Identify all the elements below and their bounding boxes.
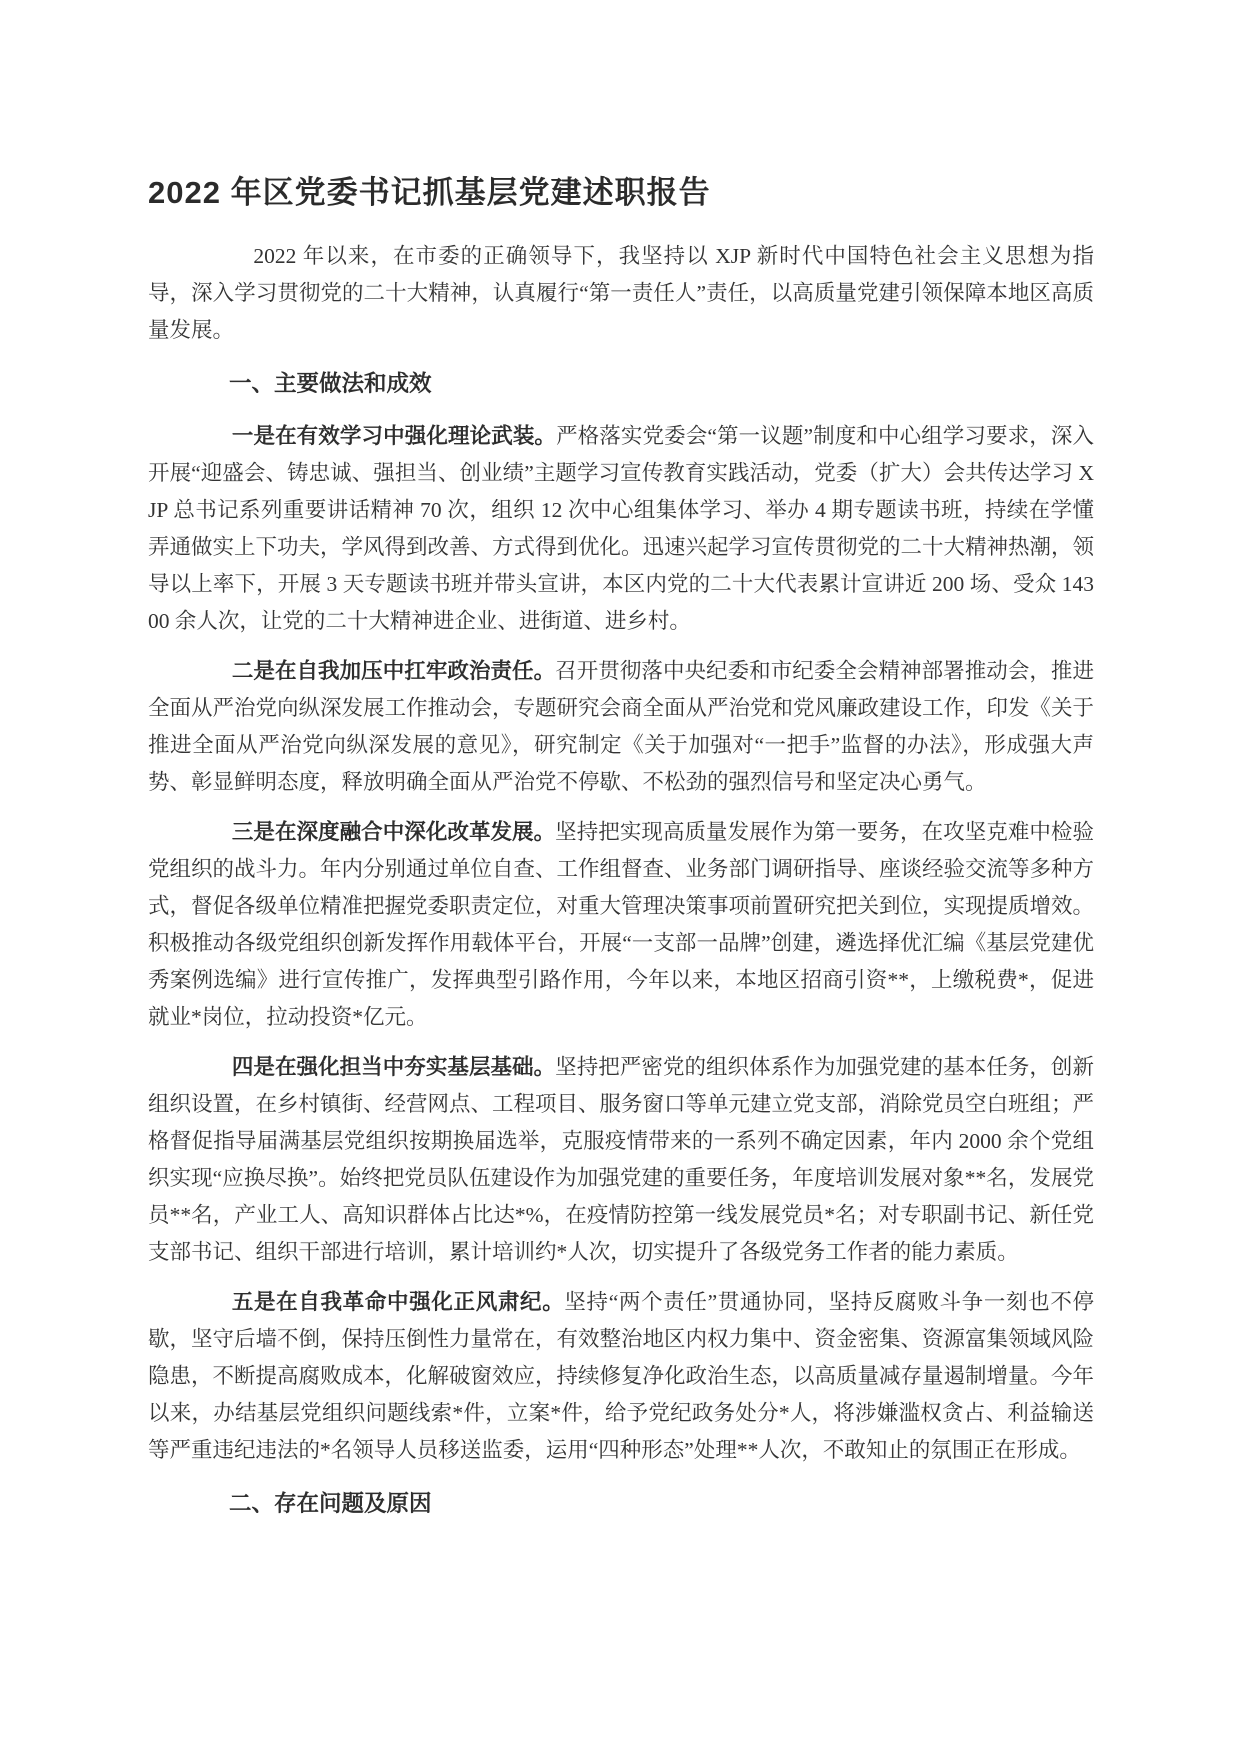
intro-paragraph: 2022 年以来，在市委的正确领导下，我坚持以 XJP 新时代中国特色社会主义思…: [148, 238, 1094, 349]
point-paragraph-4: 四是在强化担当中夯实基层基础。坚持把严密党的组织体系作为加强党建的基本任务，创新…: [148, 1049, 1094, 1271]
point-text-5: 坚持“两个责任”贯通协同，坚持反腐败斗争一刻也不停歇，坚守后墙不倒，保持压倒性力…: [148, 1290, 1094, 1462]
point-lead-3: 三是在深度融合中深化改革发展。: [232, 820, 555, 844]
point-lead-5: 五是在自我革命中强化正风肃纪。: [232, 1290, 565, 1314]
document-title: 2022 年区党委书记抓基层党建述职报告: [148, 172, 1094, 214]
point-text-4: 坚持把严密党的组织体系作为加强党建的基本任务，创新组织设置，在乡村镇街、经营网点…: [148, 1055, 1094, 1264]
point-paragraph-1: 一是在有效学习中强化理论武装。严格落实党委会“第一议题”制度和中心组学习要求，深…: [148, 418, 1094, 640]
section-heading-main-practices: 一、主要做法和成效: [148, 365, 1094, 402]
point-lead-2: 二是在自我加压中扛牢政治责任。: [232, 659, 555, 683]
point-text-1: 严格落实党委会“第一议题”制度和中心组学习要求，深入开展“迎盛会、铸忠诚、强担当…: [148, 424, 1094, 633]
point-paragraph-3: 三是在深度融合中深化改革发展。坚持把实现高质量发展作为第一要务，在攻坚克难中检验…: [148, 814, 1094, 1036]
point-lead-4: 四是在强化担当中夯实基层基础。: [232, 1055, 555, 1079]
section-heading-problems-causes: 二、存在问题及原因: [148, 1485, 1094, 1522]
point-paragraph-5: 五是在自我革命中强化正风肃纪。坚持“两个责任”贯通协同，坚持反腐败斗争一刻也不停…: [148, 1284, 1094, 1469]
point-text-3: 坚持把实现高质量发展作为第一要务，在攻坚克难中检验党组织的战斗力。年内分别通过单…: [148, 820, 1094, 1029]
point-lead-1: 一是在有效学习中强化理论武装。: [232, 424, 556, 448]
document-page: 2022 年区党委书记抓基层党建述职报告 2022 年以来，在市委的正确领导下，…: [0, 0, 1240, 1754]
point-paragraph-2: 二是在自我加压中扛牢政治责任。召开贯彻落中央纪委和市纪委全会精神部署推动会，推进…: [148, 653, 1094, 801]
